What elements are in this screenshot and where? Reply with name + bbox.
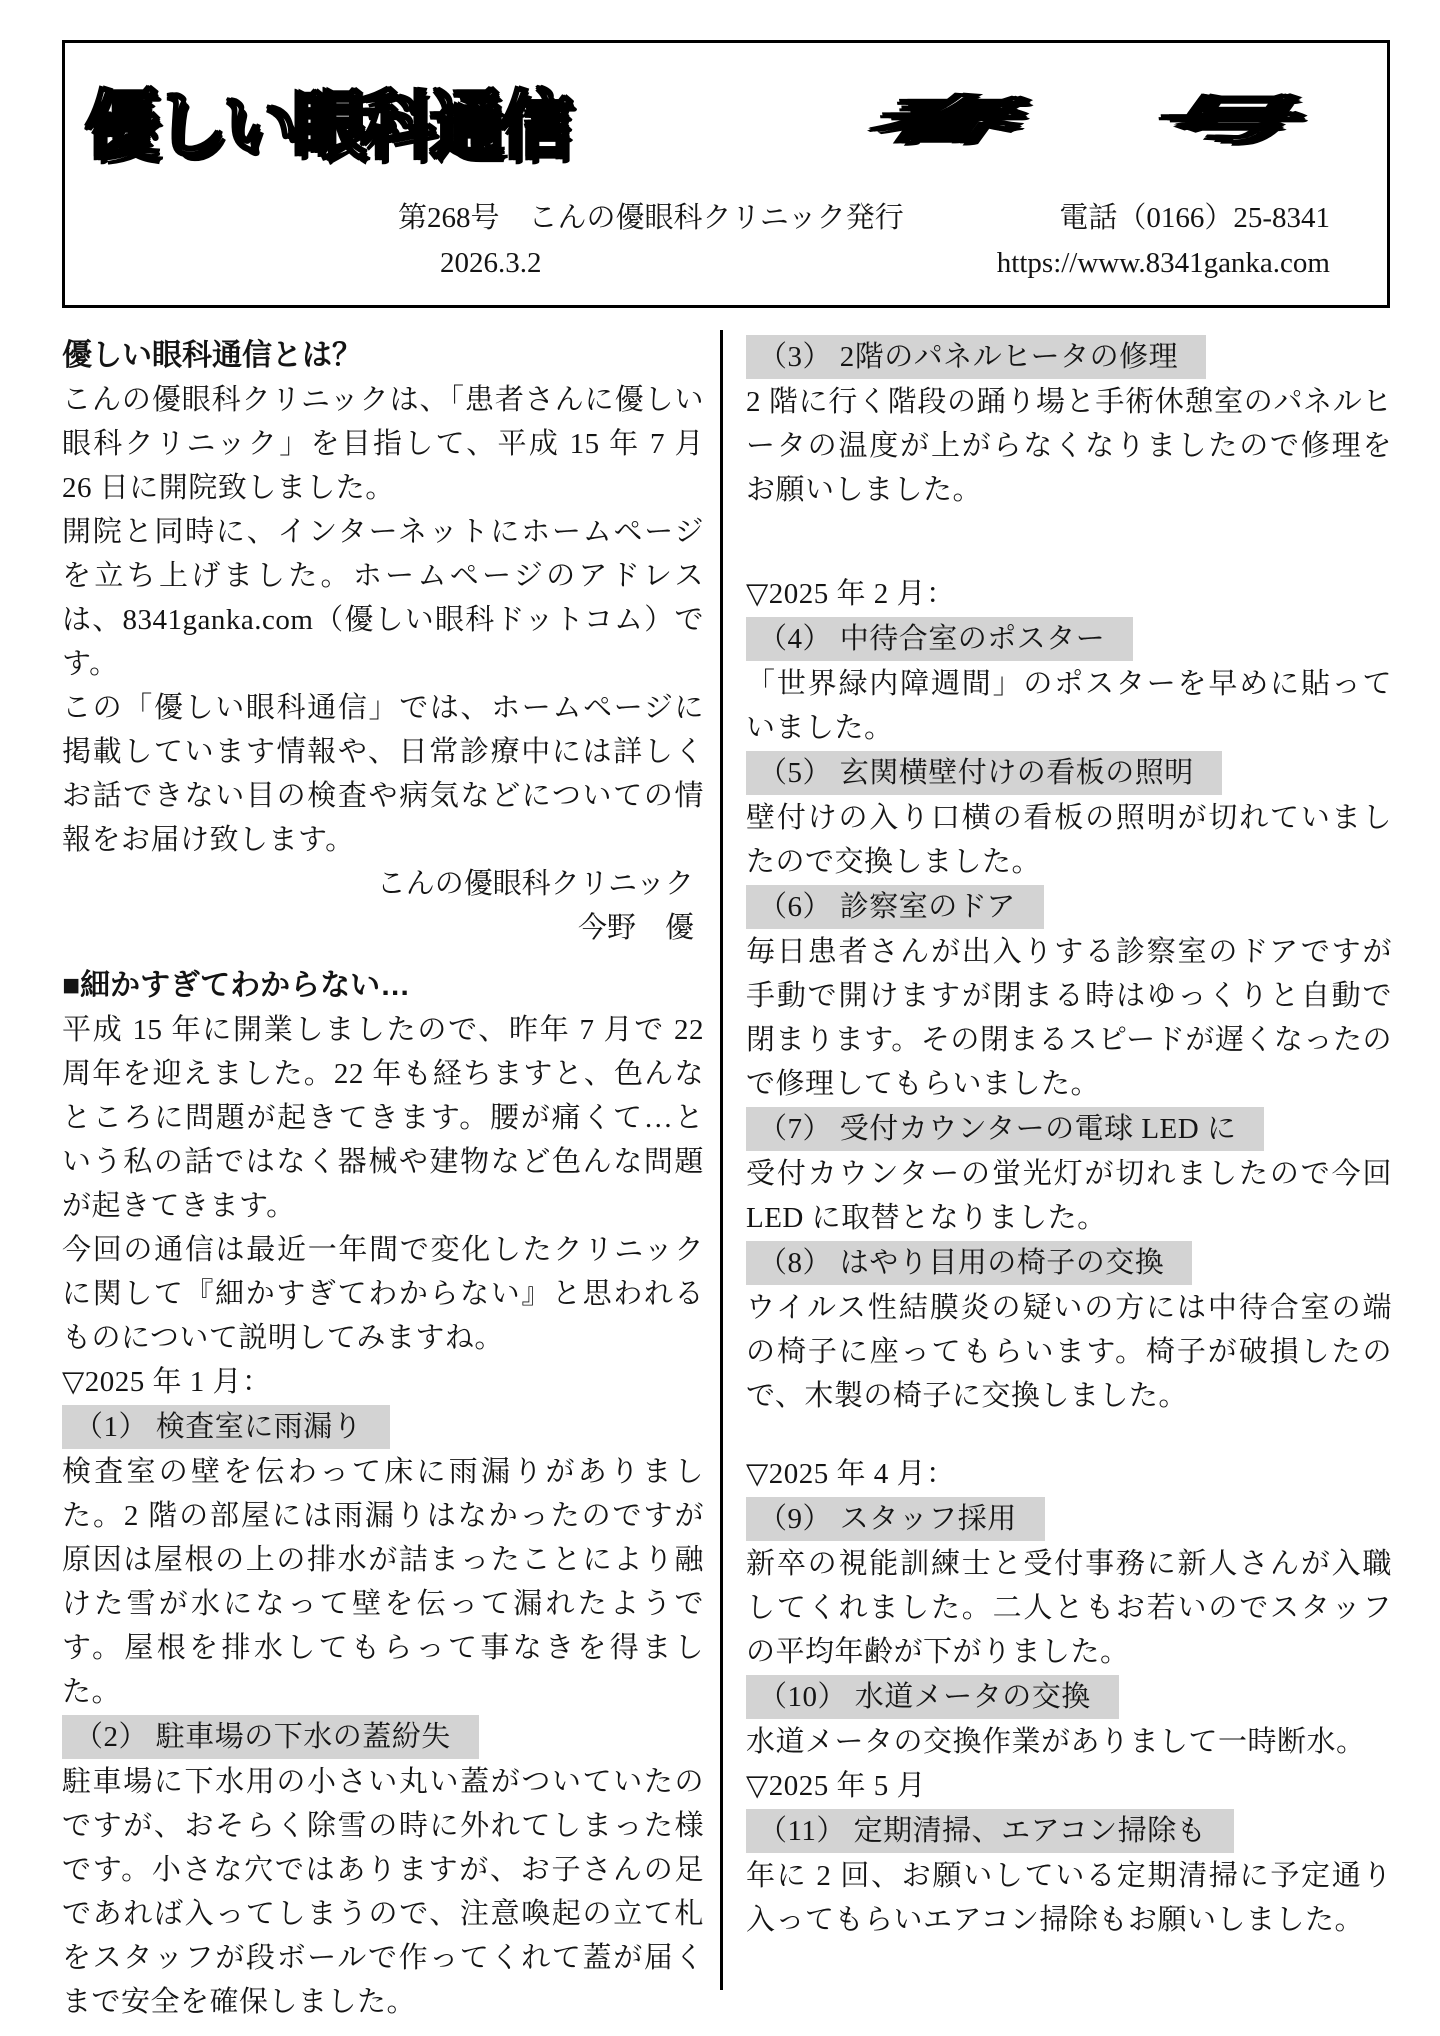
month-label: ▽2025 年 2 月： — [746, 572, 1392, 616]
paragraph: 2 階に行く階段の踊り場と手術休憩室のパネルヒータの温度が上がらなくなりましたの… — [746, 380, 1392, 512]
topic-heading: （5） 玄関横壁付けの看板の照明 — [746, 751, 1222, 795]
paragraph: ウイルス性結膜炎の疑いの方には中待合室の端の椅子に座ってもらいます。椅子が破損し… — [746, 1286, 1392, 1418]
month-label: ▽2025 年 1 月： — [62, 1360, 704, 1404]
paragraph: 受付カウンターの蛍光灯が切れましたので今回 LED に取替となりました。 — [746, 1152, 1392, 1240]
topic-heading: （8） はやり目用の椅子の交換 — [746, 1241, 1192, 1285]
month-label: ▽2025 年 5 月 — [746, 1764, 1392, 1808]
paragraph: 水道メータの交換作業がありまして一時断水。 — [746, 1720, 1392, 1764]
left-column: 優しい眼科通信とは？ こんの優眼科クリニックは、「患者さんに優しい眼科クリニック… — [62, 334, 704, 2024]
paragraph: こんの優眼科クリニックは、「患者さんに優しい眼科クリニック」を目指して、平成 1… — [62, 378, 704, 510]
newsletter-title: 優しい眼科通信 — [85, 67, 568, 173]
paragraph: 壁付けの入り口横の看板の照明が切れていましたので交換しました。 — [746, 796, 1392, 884]
website-url: https://www.8341ganka.com — [997, 247, 1330, 280]
topic-heading: （6） 診察室のドア — [746, 885, 1044, 929]
topic-heading: （3） 2階のパネルヒータの修理 — [746, 335, 1206, 379]
vertical-spacer — [746, 1418, 1392, 1452]
topic-row: （7） 受付カウンターの電球 LED に — [746, 1107, 1392, 1151]
topic-row: （8） はやり目用の椅子の交換 — [746, 1241, 1392, 1285]
topic-heading: （7） 受付カウンターの電球 LED に — [746, 1107, 1264, 1151]
paragraph: 開院と同時に、インターネットにホームページを立ち上げました。ホームページのアドレ… — [62, 510, 704, 686]
month-label: ▽2025 年 4 月： — [746, 1452, 1392, 1496]
paragraph: 検査室の壁を伝わって床に雨漏りがありました。2 階の部屋には雨漏りはなかったので… — [62, 1450, 704, 1714]
section-heading: 優しい眼科通信とは？ — [62, 334, 704, 378]
paragraph: 今回の通信は最近一年間で変化したクリニックに関して『細かすぎてわからない』と思わ… — [62, 1228, 704, 1360]
season-stamp-haru: 春 — [858, 95, 1042, 145]
topic-row: （1） 検査室に雨漏り — [62, 1405, 704, 1449]
paragraph: 「世界緑内障週間」のポスターを早めに貼っていました。 — [746, 662, 1392, 750]
topic-row: （3） 2階のパネルヒータの修理 — [746, 335, 1392, 379]
topic-heading: （9） スタッフ採用 — [746, 1497, 1045, 1541]
topic-row: （10） 水道メータの交換 — [746, 1675, 1392, 1719]
topic-heading: （1） 検査室に雨漏り — [62, 1405, 390, 1449]
right-column: （3） 2階のパネルヒータの修理 2 階に行く階段の踊り場と手術休憩室のパネルヒ… — [746, 334, 1392, 1942]
paragraph: 駐車場に下水用の小さい丸い蓋がついていたのですが、おそらく除雪の時に外れてしまっ… — [62, 1760, 704, 2024]
paragraph: 新卒の視能訓練士と受付事務に新人さんが入職してくれました。二人ともお若いのでスタ… — [746, 1542, 1392, 1674]
newsletter-page: 優しい眼科通信 春 号 第268号 こんの優眼科クリニック発行 電話（0166）… — [0, 0, 1440, 2036]
masthead: 優しい眼科通信 春 号 第268号 こんの優眼科クリニック発行 電話（0166）… — [62, 40, 1390, 308]
topic-row: （9） スタッフ採用 — [746, 1497, 1392, 1541]
issue-and-publisher: 第268号 こんの優眼科クリニック発行 — [398, 195, 904, 236]
topic-row: （5） 玄関横壁付けの看板の照明 — [746, 751, 1392, 795]
topic-heading: （4） 中待合室のポスター — [746, 617, 1133, 661]
paragraph: 平成 15 年に開業しましたので、昨年 7 月で 22 周年を迎えました。22 … — [62, 1008, 704, 1228]
column-divider — [720, 330, 723, 1990]
paragraph: 年に 2 回、お願いしている定期清掃に予定通り入ってもらいエアコン掃除もお願いし… — [746, 1854, 1392, 1942]
topic-row: （11） 定期清掃、エアコン掃除も — [746, 1809, 1392, 1853]
topic-heading: （2） 駐車場の下水の蓋紛失 — [62, 1715, 479, 1759]
paragraph: この「優しい眼科通信」では、ホームページに掲載しています情報や、日常診療中には詳… — [62, 686, 704, 862]
section-heading: ■細かすぎてわからない… — [62, 964, 704, 1008]
issue-date: 2026.3.2 — [440, 247, 542, 280]
vertical-spacer — [746, 512, 1392, 572]
topic-row: （6） 診察室のドア — [746, 885, 1392, 929]
topic-row: （2） 駐車場の下水の蓋紛失 — [62, 1715, 704, 1759]
topic-heading: （10） 水道メータの交換 — [746, 1675, 1119, 1719]
topic-row: （4） 中待合室のポスター — [746, 617, 1392, 661]
signature-clinic: こんの優眼科クリニック — [62, 862, 704, 906]
paragraph: 毎日患者さんが出入りする診察室のドアですが手動で開けますが閉まる時はゆっくりと自… — [746, 930, 1392, 1106]
topic-heading: （11） 定期清掃、エアコン掃除も — [746, 1809, 1234, 1853]
season-stamp-gou: 号 — [1138, 95, 1322, 145]
phone-number: 電話（0166）25-8341 — [1059, 195, 1330, 236]
signature-author: 今野 優 — [62, 906, 704, 950]
